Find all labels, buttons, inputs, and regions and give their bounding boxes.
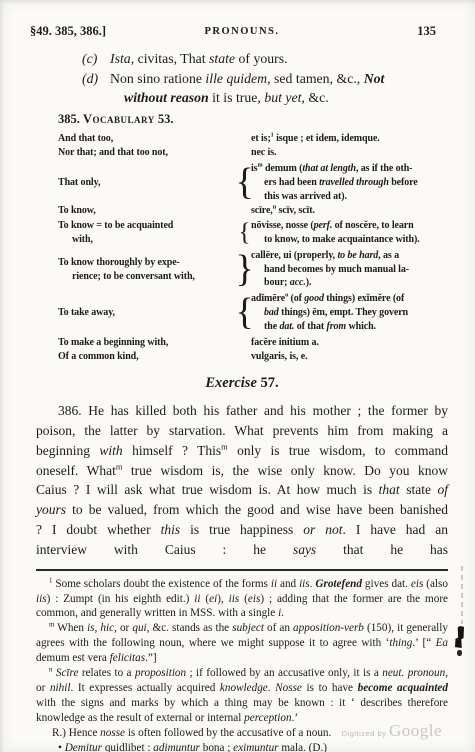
brace-glyph: {	[238, 306, 251, 320]
exercise-heading: Exercise 57.	[36, 375, 448, 392]
scan-artifact-streak	[461, 566, 463, 624]
vocab-definition: nōvisse, nosse (perf. of noscĕre, to lea…	[251, 219, 448, 247]
brace-glyph: {	[238, 176, 251, 190]
example-item-d: (d) Non sino ratione ille quidem, sed ta…	[82, 69, 448, 108]
footnote-o: • Demitur quidlibet : adimuntur bona ; e…	[36, 741, 448, 752]
google-logo: Google	[389, 721, 442, 740]
example-text: Non sino ratione ille quidem, sed tamen,…	[110, 69, 448, 108]
vocab-row: To know thoroughly by expe-rience; to be…	[58, 249, 448, 290]
vocab-definition: nec is.	[251, 146, 448, 160]
vocab-row: Of a common kind, vulgaris, is, e.	[58, 350, 448, 364]
vocab-row: That only, { ism demum (that at length, …	[58, 162, 448, 203]
running-header: §49. 385, 386.] PRONOUNS. 135	[36, 24, 448, 42]
exercise-paragraph: 386. He has killed both his father and h…	[36, 401, 448, 559]
vocab-definition: callēre, ui (properly, to be hard, as ah…	[251, 249, 448, 290]
vocab-row: To know, scīre,n scīv, scīt.	[58, 204, 448, 218]
vocab-term: To make a beginning with,	[58, 336, 238, 350]
vocab-term: To know thoroughly by expe-rience; to be…	[58, 256, 238, 284]
vocab-definition: facĕre initium a.	[251, 336, 448, 350]
brace-glyph: {	[238, 226, 251, 240]
vocab-definition: scīre,n scīv, scīt.	[251, 204, 448, 218]
header-chapter-title: PRONOUNS.	[36, 26, 448, 37]
vocabulary-number: 385.	[58, 112, 80, 126]
vocab-term: To know = to be acquaintedwith,	[58, 219, 238, 247]
watermark-prefix: Digitized by	[342, 729, 389, 738]
example-item-c: (c) Ista, civitas, That state of yours.	[82, 49, 448, 69]
footnote-n: n Scīre relates to a proposition ; if fo…	[36, 666, 448, 726]
scan-artifact-dot	[457, 650, 462, 656]
vocab-row: To take away, { adĭmēreo (of good things…	[58, 292, 448, 333]
vocabulary-heading: 385. Vocabulary 53.	[58, 112, 448, 127]
vocab-definition: vulgaris, is, e.	[251, 350, 448, 364]
example-list: (c) Ista, civitas, That state of yours. …	[82, 49, 448, 108]
vocab-row: To know = to be acquaintedwith, { nōviss…	[58, 219, 448, 247]
digitized-watermark: Digitized by Google	[342, 721, 442, 741]
vocab-term: To take away,	[58, 306, 238, 320]
vocab-term: Nor that; and that too not,	[58, 146, 238, 160]
vocabulary-section: 53.	[158, 112, 174, 126]
vocab-term: To know,	[58, 204, 238, 218]
page-number: 135	[417, 24, 436, 39]
vocab-definition: et is;1 isque ; et idem, idemque.	[251, 132, 448, 146]
vocabulary-title: Vocabulary	[83, 112, 155, 126]
vocab-row: Nor that; and that too not, nec is.	[58, 146, 448, 160]
scan-artifact-blob	[455, 626, 464, 648]
vocab-term: And that too,	[58, 132, 238, 146]
vocab-term: That only,	[58, 176, 238, 190]
vocab-definition: adĭmēreo (of good things) exĭmĕre (ofbad…	[251, 292, 448, 333]
example-label: (d)	[82, 69, 110, 108]
brace-glyph: }	[238, 263, 251, 277]
vocabulary-table: And that too, et is;1 isque ; et idem, i…	[58, 132, 448, 365]
vocab-row: To make a beginning with, facĕre initium…	[58, 336, 448, 350]
footnote-rule	[36, 569, 448, 571]
vocab-definition: ism demum (that at length, as if the oth…	[251, 162, 448, 203]
vocab-row: And that too, et is;1 isque ; et idem, i…	[58, 132, 448, 146]
vocab-term: Of a common kind,	[58, 350, 238, 364]
footnote-1: 1 Some scholars doubt the existence of t…	[36, 577, 448, 622]
example-text: Ista, civitas, That state of yours.	[110, 49, 448, 69]
example-label: (c)	[82, 49, 110, 69]
footnote-m: m When is, hic, or qui, &c. stands as th…	[36, 621, 448, 666]
book-page-scan: §49. 385, 386.] PRONOUNS. 135 (c) Ista, …	[0, 0, 475, 752]
